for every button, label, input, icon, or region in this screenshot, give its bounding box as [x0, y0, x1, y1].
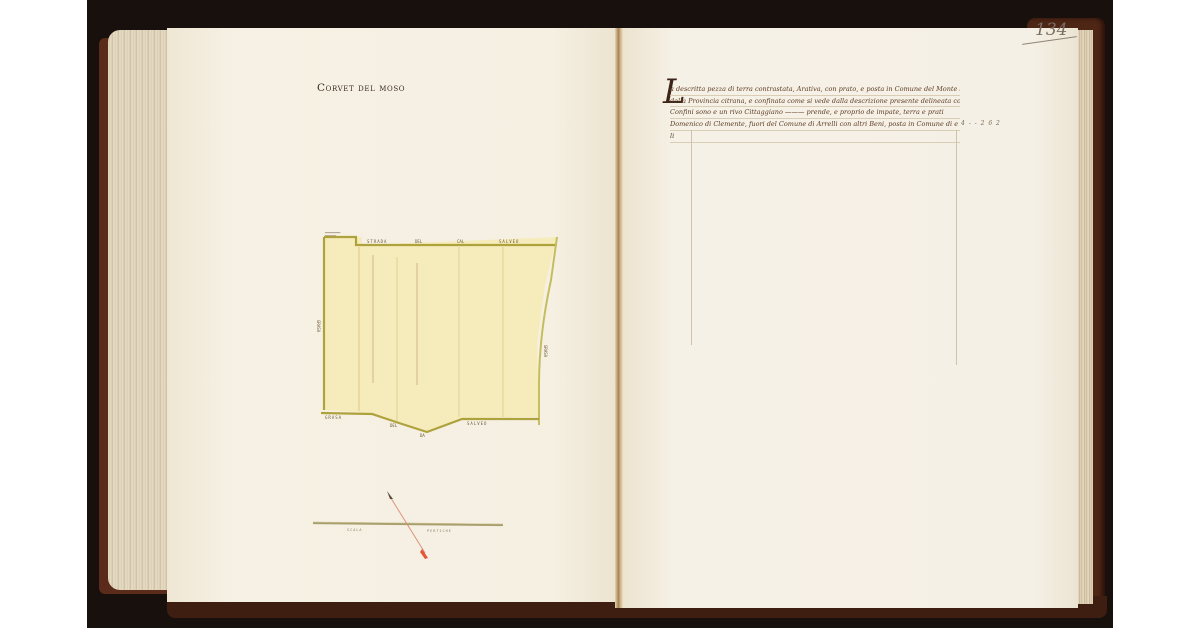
svg-text:DA: DA: [420, 433, 425, 438]
margin-value: 4 - - 2 6 2: [961, 120, 1001, 127]
left-side-label: GRASA: [316, 320, 321, 333]
page-number: 134: [1035, 20, 1067, 40]
svg-text:PERTICHE: PERTICHE: [427, 529, 452, 533]
ruling-line: [691, 130, 692, 345]
book-scan: Corvet del moso ━━━━━━━━ ━━━━━━━ STRADA …: [87, 0, 1113, 628]
svg-text:SALVEO: SALVEO: [467, 421, 487, 426]
svg-text:CAL: CAL: [457, 239, 465, 244]
manuscript-text: a descritta pezza di terra contrastata, …: [670, 84, 960, 143]
right-side-label: GRASA: [543, 345, 548, 358]
svg-text:DEL: DEL: [390, 423, 398, 428]
svg-text:DEL: DEL: [415, 239, 423, 244]
text-line: della Provincia citrana, e confinata com…: [670, 96, 960, 108]
book-gutter: [615, 28, 623, 608]
page-stack-left: [108, 30, 170, 590]
svg-text:━━━━━━━: ━━━━━━━: [324, 235, 336, 238]
ruling-line: [691, 130, 956, 131]
svg-text:SCALA: SCALA: [347, 528, 363, 532]
svg-text:SALVEO: SALVEO: [499, 239, 519, 244]
text-line: a descritta pezza di terra contrastata, …: [670, 84, 960, 96]
page-title: Corvet del moso: [317, 82, 405, 94]
ruling-line: [956, 130, 957, 365]
scale-bar: SCALA PERTICHE: [313, 522, 503, 533]
top-road-label: STRADA: [367, 239, 387, 244]
text-line: Confini sono e un rivo Cittaggiano ——— p…: [670, 107, 960, 119]
land-parcel-map: ━━━━━━━━ ━━━━━━━ STRADA DEL CAL SALVEO G…: [307, 225, 607, 565]
text-line: li: [670, 131, 960, 143]
bottom-label: GRASA: [325, 415, 342, 420]
